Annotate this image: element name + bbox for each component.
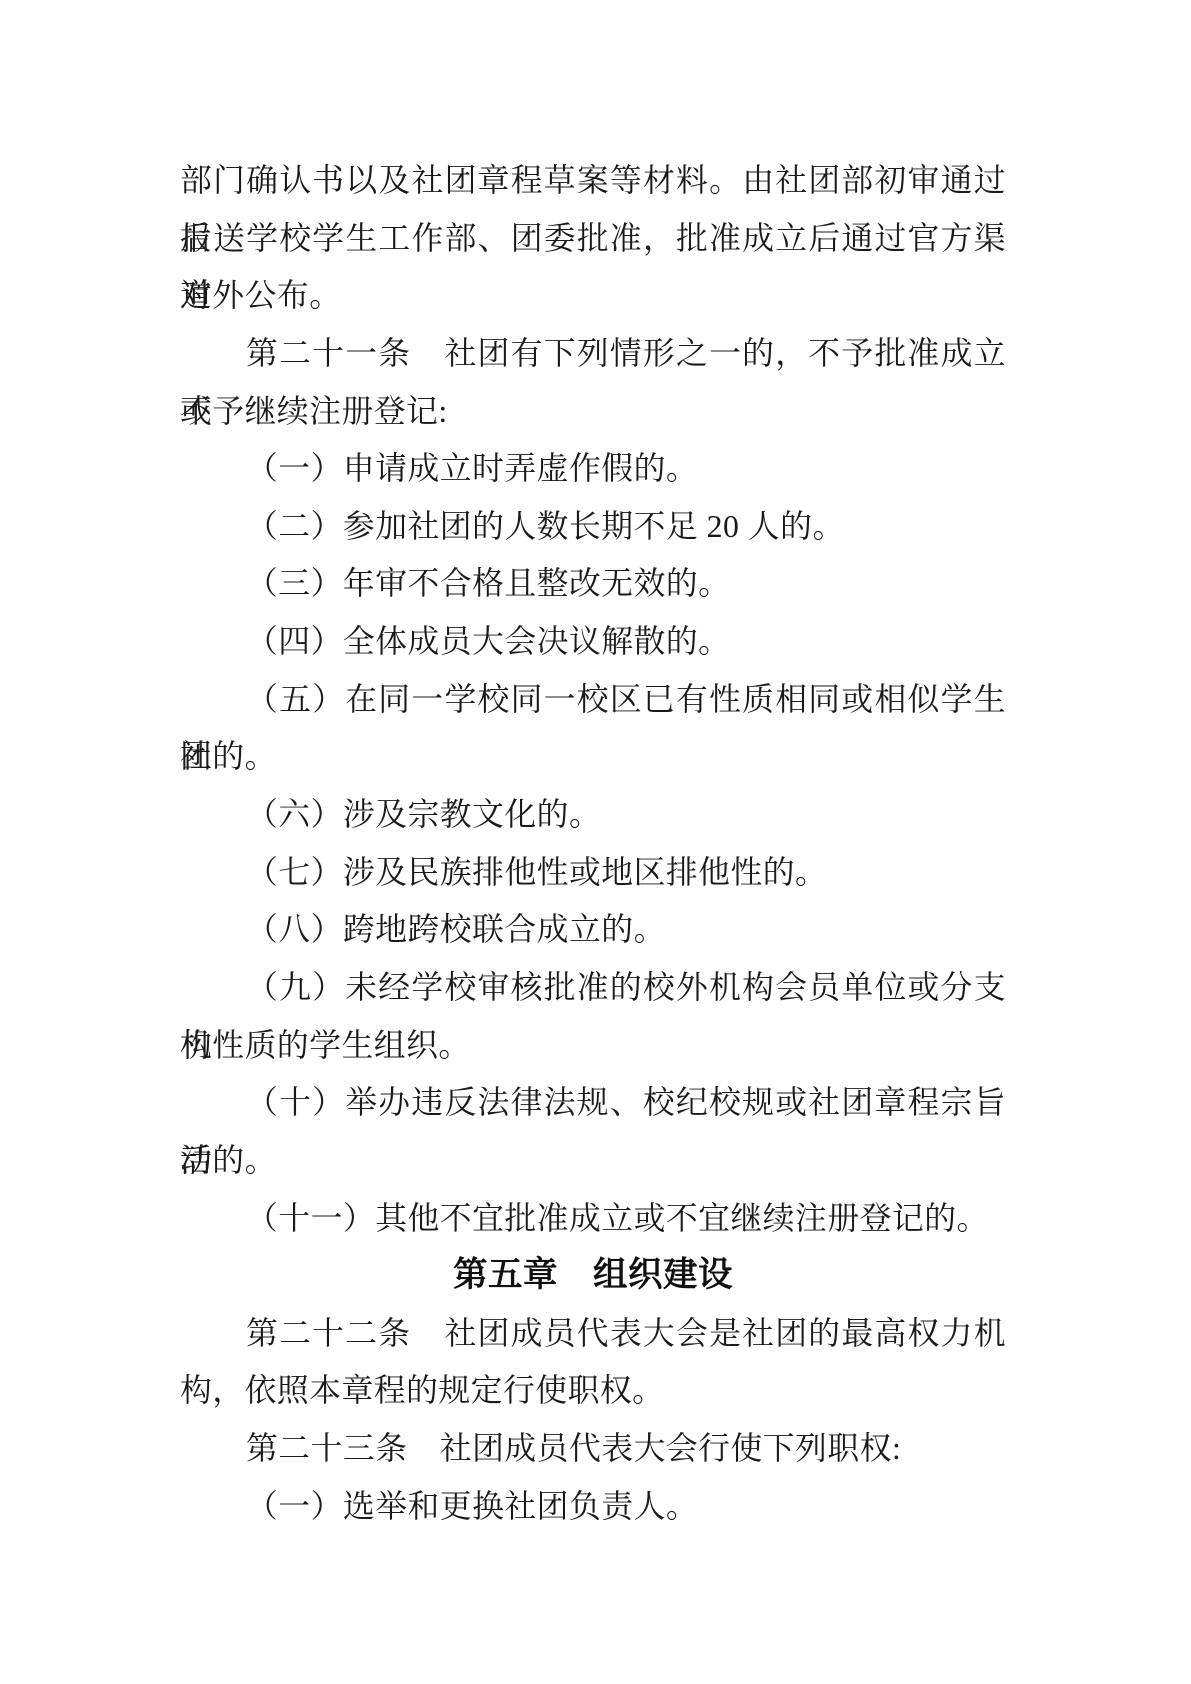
text-line: （九）未经学校审核批准的校外机构会员单位或分支机 — [180, 959, 1006, 1017]
text-line: 第二十三条 社团成员代表大会行使下列职权: — [180, 1420, 1006, 1478]
text-line: 部门确认书以及社团章程草案等材料。由社团部初审通过后 — [180, 152, 1006, 210]
text-line: （七）涉及民族排他性或地区排他性的。 — [180, 844, 1006, 902]
text-line: 不予继续注册登记: — [180, 383, 1006, 441]
text-line: 报送学校学生工作部、团委批准，批准成立后通过官方渠道 — [180, 210, 1006, 268]
text-line: 团的。 — [180, 728, 1006, 786]
text-line: （三）年审不合格且整改无效的。 — [180, 555, 1006, 613]
text-line: （八）跨地跨校联合成立的。 — [180, 901, 1006, 959]
text-line: （二）参加社团的人数长期不足 20 人的。 — [180, 498, 1006, 556]
text-line: （十一）其他不宜批准成立或不宜继续注册登记的。 — [180, 1190, 1006, 1248]
text-line: 构，依照本章程的规定行使职权。 — [180, 1362, 1006, 1420]
text-line: （十）举办违反法律法规、校纪校规或社团章程宗旨活 — [180, 1074, 1006, 1132]
document-content: 部门确认书以及社团章程草案等材料。由社团部初审通过后报送学校学生工作部、团委批准… — [180, 152, 1006, 1535]
text-line: （一）选举和更换社团负责人。 — [180, 1478, 1006, 1536]
text-line: （四）全体成员大会决议解散的。 — [180, 613, 1006, 671]
text-line: （一）申请成立时弄虚作假的。 — [180, 440, 1006, 498]
text-line: 对外公布。 — [180, 267, 1006, 325]
document-page: 部门确认书以及社团章程草案等材料。由社团部初审通过后报送学校学生工作部、团委批准… — [0, 0, 1191, 1684]
text-line: （六）涉及宗教文化的。 — [180, 786, 1006, 844]
text-line: 第二十一条 社团有下列情形之一的，不予批准成立或 — [180, 325, 1006, 383]
text-line: （五）在同一学校同一校区已有性质相同或相似学生社 — [180, 671, 1006, 729]
text-line: 第二十二条 社团成员代表大会是社团的最高权力机 — [180, 1305, 1006, 1363]
text-line: 动的。 — [180, 1132, 1006, 1190]
text-line: 构性质的学生组织。 — [180, 1017, 1006, 1075]
chapter-heading: 第五章 组织建设 — [180, 1247, 1006, 1305]
